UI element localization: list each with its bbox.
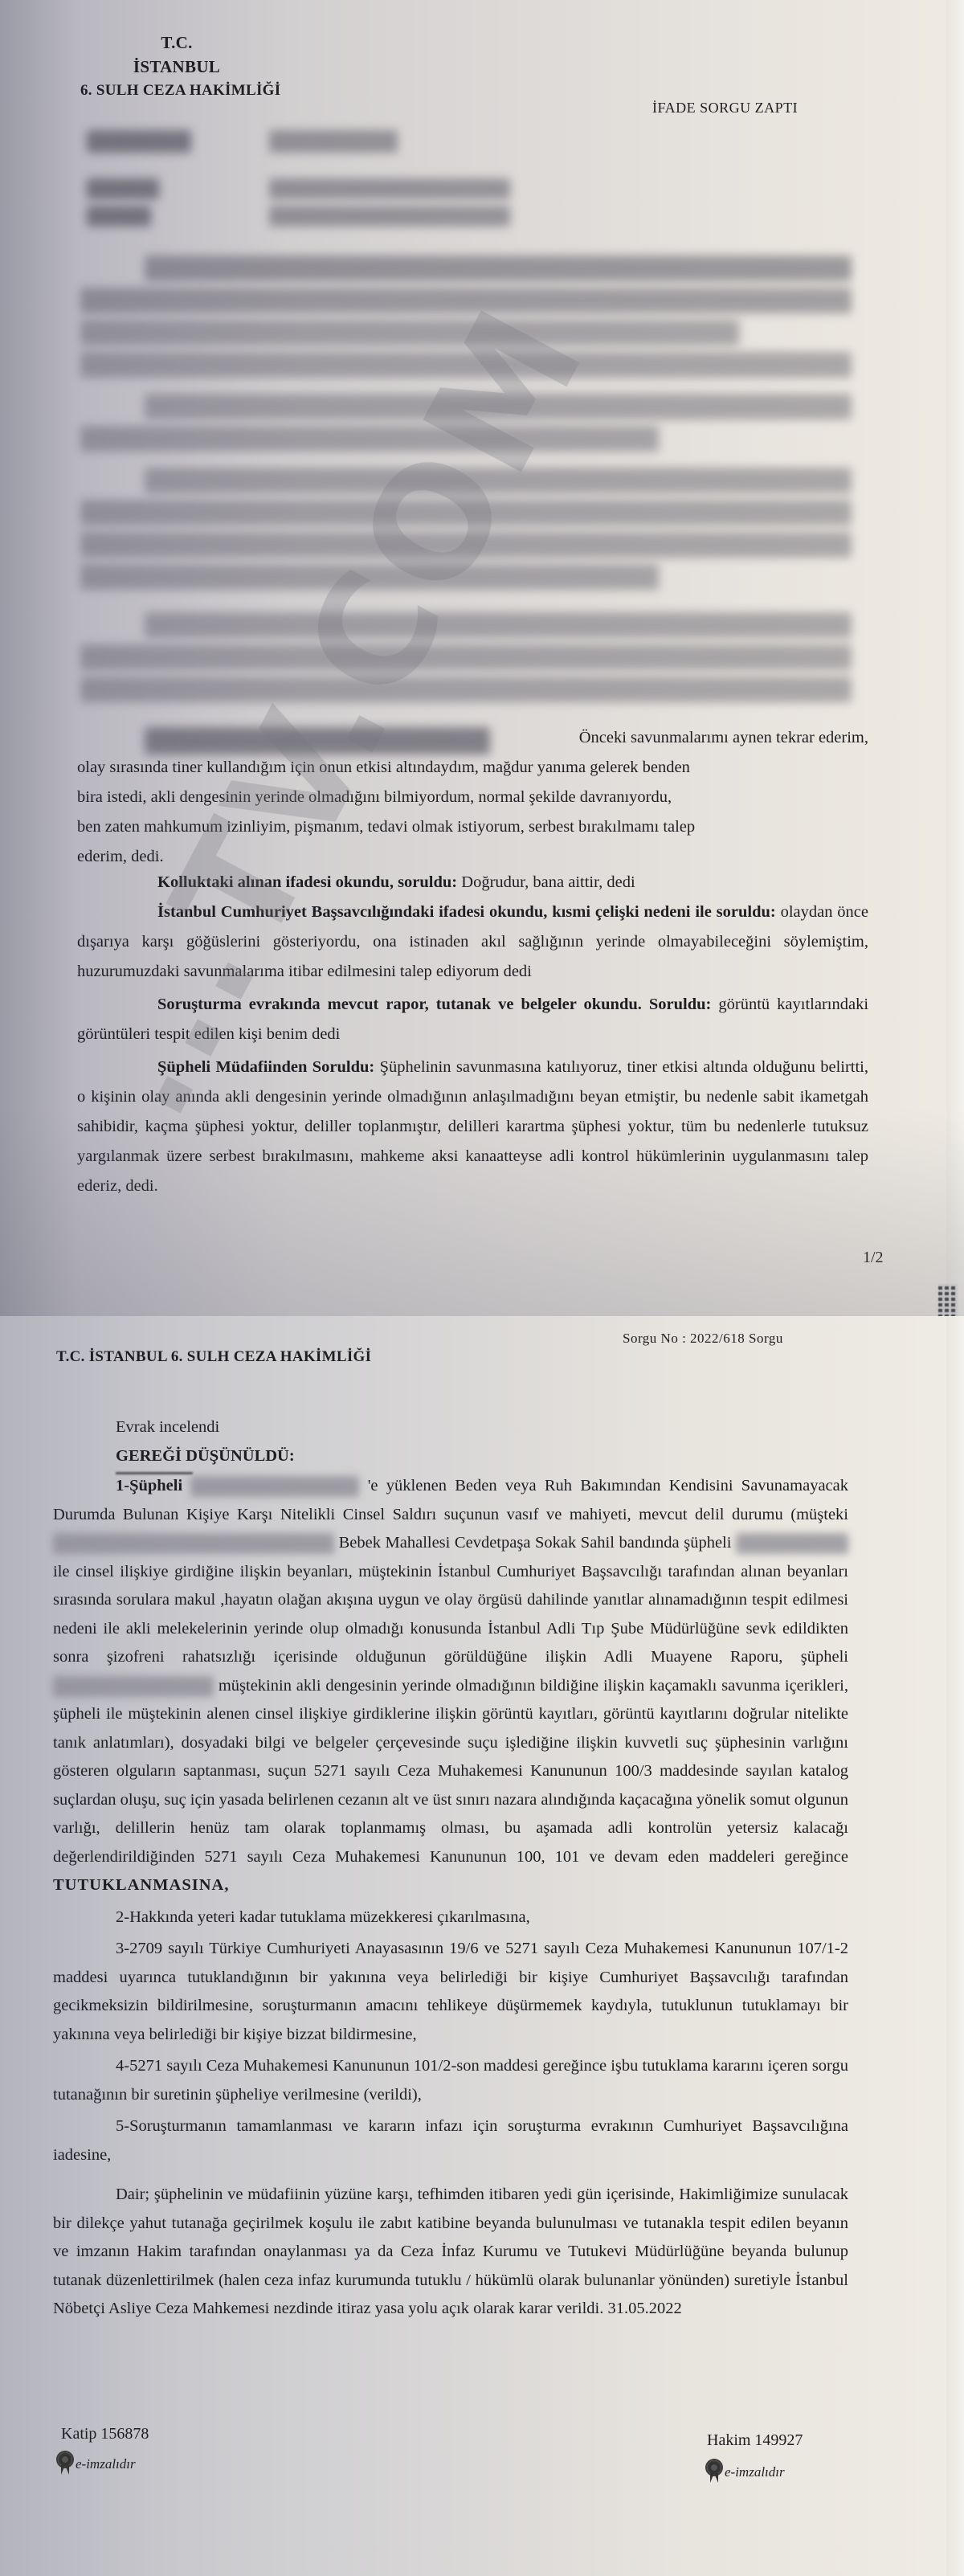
header-city: İSTANBUL [80, 55, 273, 79]
defendant-statement: Önceki savunmalarımı aynen tekrar ederim… [77, 723, 868, 872]
decision-item-2: 2-Hakkında yeteri kadar tutuklama müzekk… [53, 1903, 848, 1932]
decision-item-3: 3-2709 sayılı Türkiye Cumhuriyeti Anayas… [53, 1935, 848, 2049]
decision-item-1: 1-Şüpheli 'e yüklenen Beden veya Ruh Bak… [53, 1472, 848, 1900]
header-court: 6. SULH CEZA HAKİMLİĞİ [80, 79, 273, 103]
evrak-note: Evrak incelendi [116, 1413, 839, 1442]
clerk-signature: Katip 156878 [61, 2425, 149, 2443]
question-answer: Doğrudur, bana aittir, dedi [461, 873, 635, 891]
decision-closing: Dair; şüphelinin ve müdafiinin yüzüne ka… [53, 2181, 848, 2324]
court-header: T.C. İSTANBUL 6. SULH CEZA HAKİMLİĞİ [80, 31, 273, 103]
clerk-esign: e-imzalıdır [58, 2452, 136, 2476]
redacted-name [736, 1533, 848, 1554]
judge-esign: e-imzalıdır [707, 2460, 785, 2484]
redacted-name [190, 1476, 359, 1497]
question-label: Kolluktaki alınan ifadesi okundu, soruld… [157, 873, 457, 891]
esign-label: e-imzalıdır [725, 2464, 785, 2480]
page-edge [946, 0, 964, 1316]
header-tc: T.C. [80, 31, 273, 55]
page2-court-header: T.C. İSTANBUL 6. SULH CEZA HAKİMLİĞİ [56, 1345, 371, 1369]
decision-item-5: 5-Soruşturmanın tamamlanması ve kararın … [53, 2112, 848, 2169]
document-page-2: T.C. İSTANBUL 6. SULH CEZA HAKİMLİĞİ Sor… [0, 1316, 964, 2576]
question-prosecutor-statement: İstanbul Cumhuriyet Başsavcılığındaki if… [77, 898, 868, 987]
document-title: İFADE SORGU ZAPTI [652, 100, 798, 117]
seal-icon [58, 2452, 72, 2476]
decision-body: 1-Şüpheli 'e yüklenen Beden veya Ruh Bak… [53, 1472, 848, 2324]
decision-heading: GEREĞİ DÜŞÜNÜLDÜ: [116, 1441, 295, 1471]
interrogation-number: Sorgu No : 2022/618 Sorgu [623, 1331, 783, 1347]
document-page-1: T.C. İSTANBUL 6. SULH CEZA HAKİMLİĞİ İFA… [0, 0, 964, 1316]
redacted-name [53, 1676, 214, 1697]
question-defense-counsel: Şüpheli Müdafiinden Soruldu: Şüphelinin … [77, 1053, 868, 1201]
question-evidence: Soruşturma evrakında mevcut rapor, tutan… [77, 990, 868, 1049]
statement-line-3: ben zaten mahkumum izinliyim, pişmanım, … [77, 812, 868, 842]
decision-item-4: 4-5271 sayılı Ceza Muhakemesi Kanununun … [53, 2052, 848, 2109]
statement-line-2: bira istedi, akli dengesinin yerinde olm… [77, 783, 868, 812]
statement-tail: Önceki savunmalarımı aynen tekrar ederim… [77, 723, 868, 753]
page-edge [946, 1316, 964, 2576]
questions-section: Kolluktaki alınan ifadesi okundu, soruld… [77, 868, 868, 1201]
esign-label: e-imzalıdır [76, 2456, 136, 2472]
question-label: Soruşturma evrakında mevcut rapor, tutan… [157, 996, 711, 1013]
question-answer: Şüphelinin savunmasına katılıyoruz, tine… [77, 1058, 868, 1195]
redacted-name [53, 1533, 334, 1554]
verdict-detention: TUTUKLANMASINA, [53, 1876, 229, 1894]
question-police-statement: Kolluktaki alınan ifadesi okundu, soruld… [77, 868, 868, 898]
statement-line-1: olay sırasında tiner kullandığım için on… [77, 753, 868, 783]
qr-code [938, 1284, 958, 1316]
question-label: Şüpheli Müdafiinden Soruldu: [157, 1058, 374, 1076]
page-number: 1/2 [863, 1249, 884, 1267]
seal-icon [707, 2460, 721, 2484]
judge-signature: Hakim 149927 [707, 2431, 803, 2450]
item-number: 1-Şüpheli [116, 1477, 182, 1494]
question-label: İstanbul Cumhuriyet Başsavcılığındaki if… [157, 903, 776, 921]
